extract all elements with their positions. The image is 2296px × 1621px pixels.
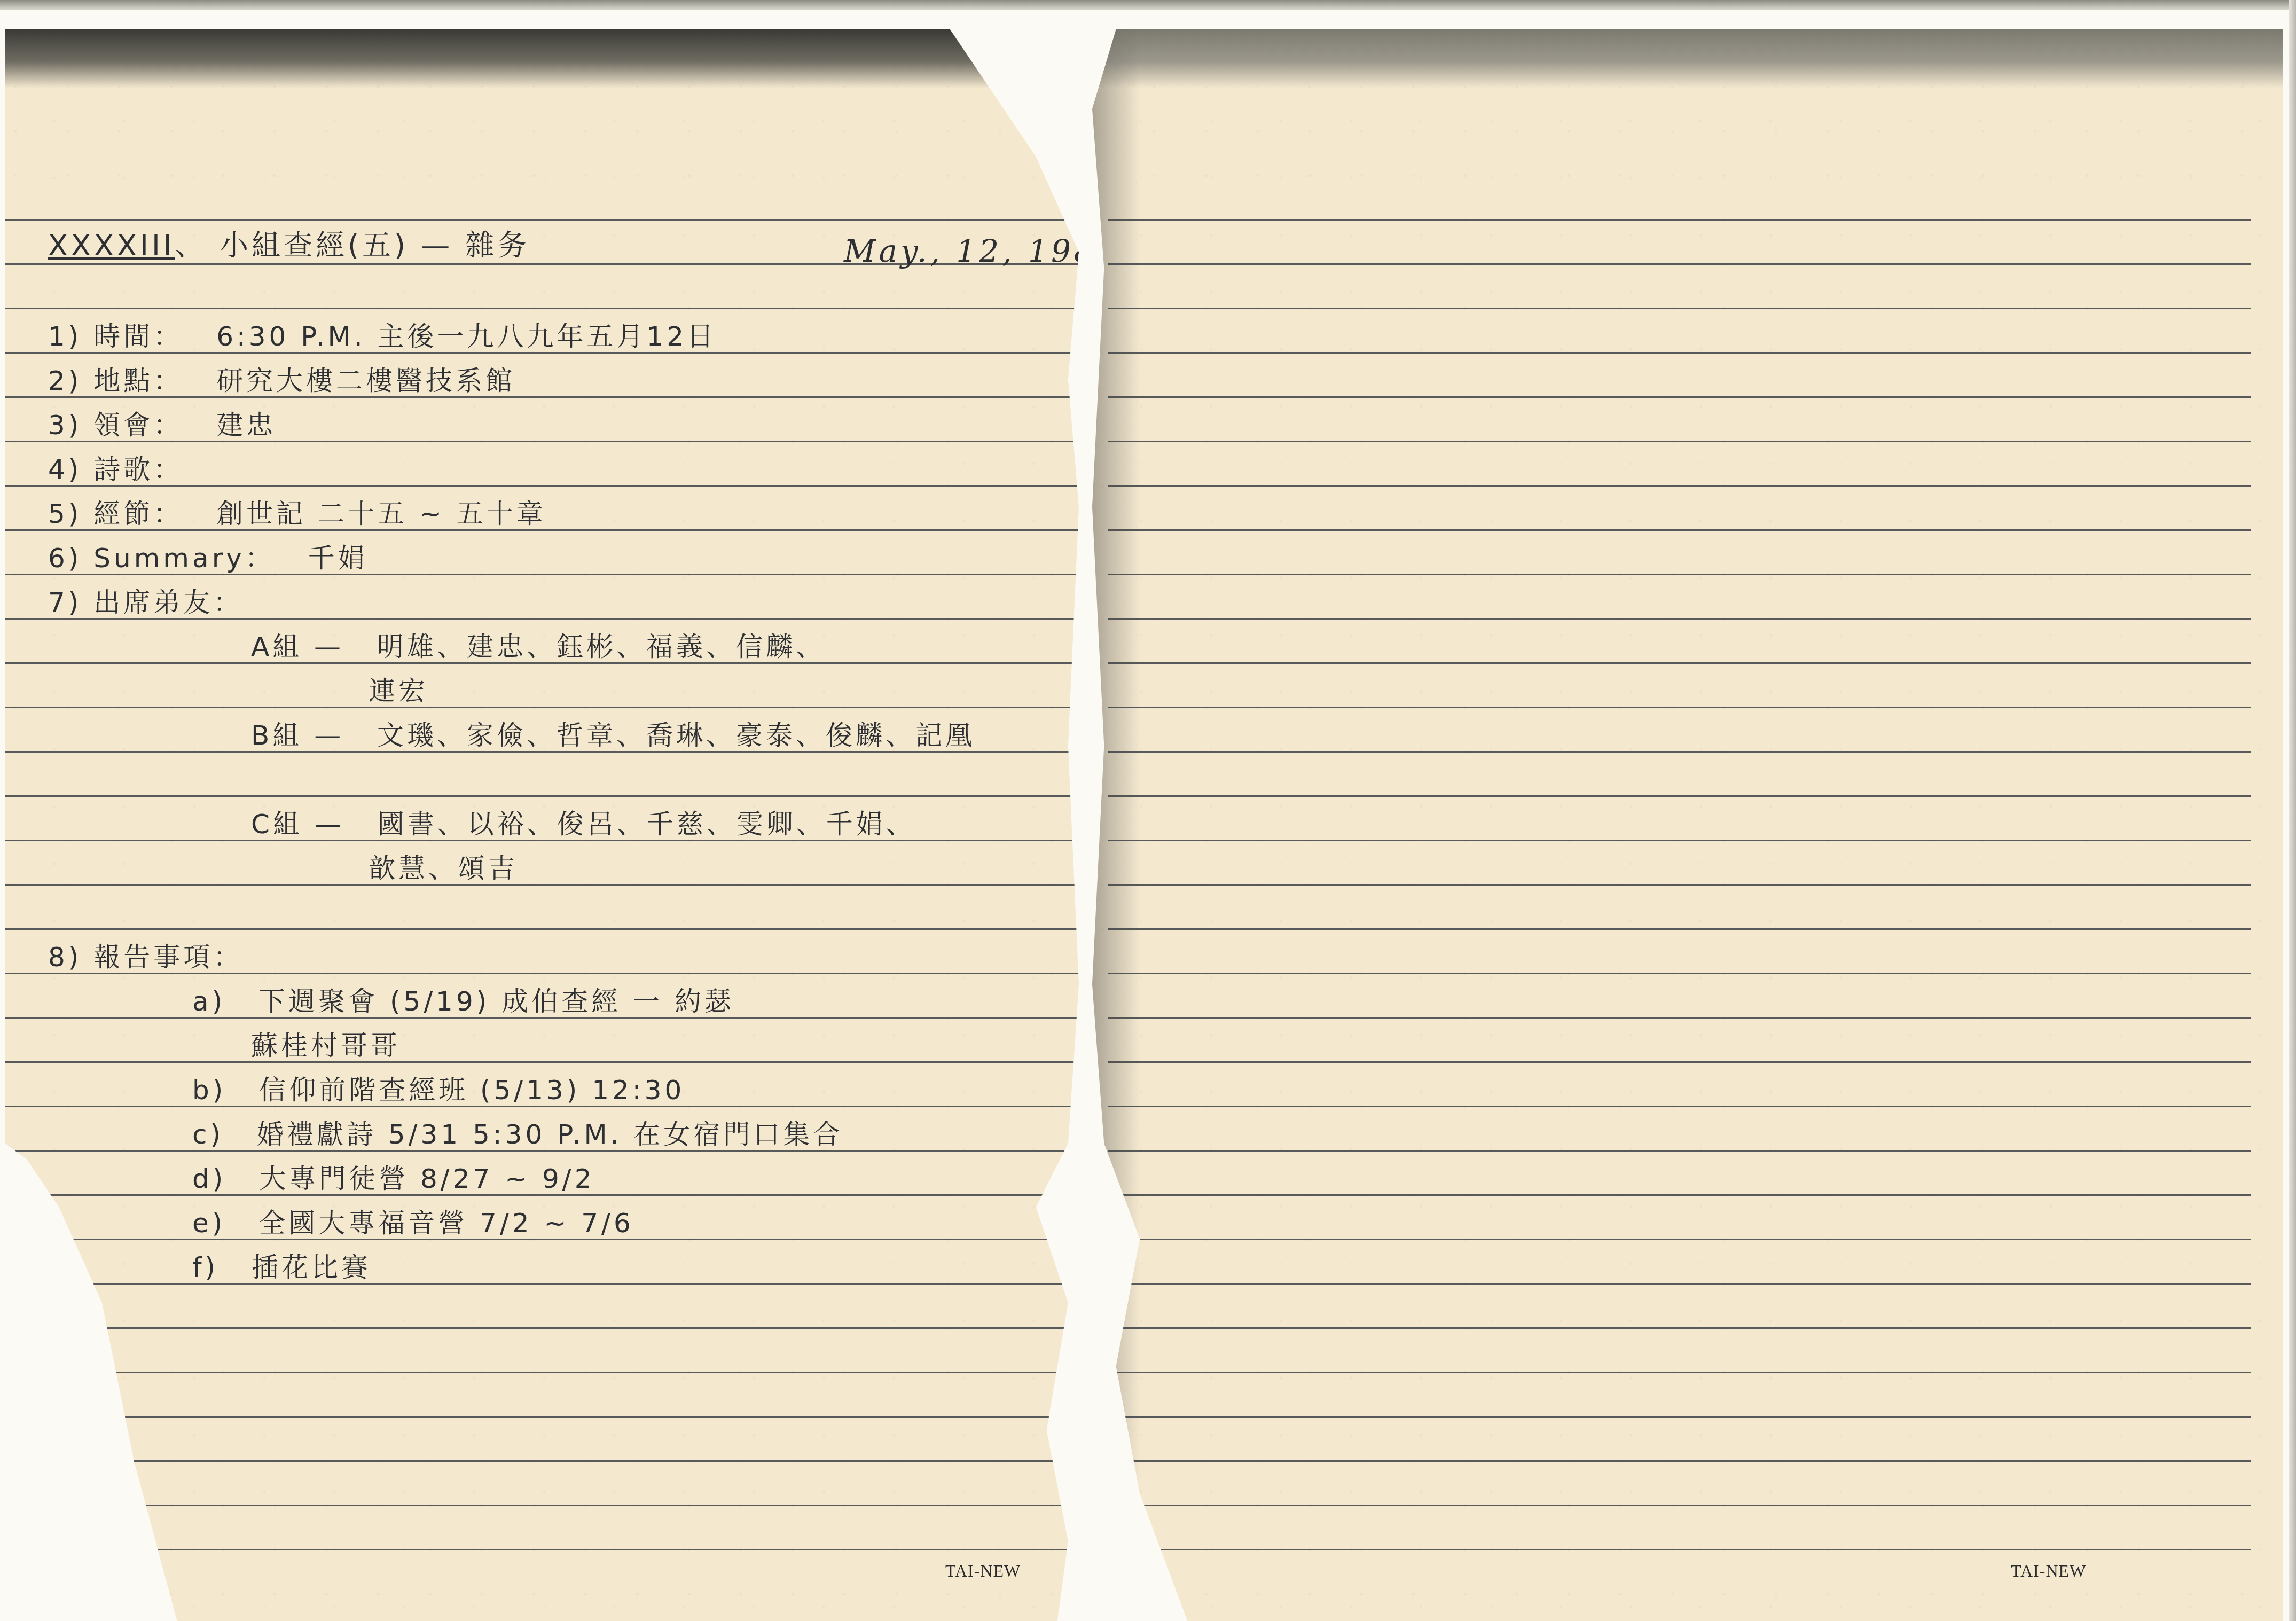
ruled-line <box>5 1416 1079 1418</box>
ruled-line <box>5 884 1079 886</box>
report-e: e) 全國大專福音營 7/2 ~ 7/6 <box>192 1207 634 1239</box>
item-label: 7) 出席弟友： <box>48 586 243 618</box>
ruled-line <box>1108 1239 2251 1240</box>
group-a-continued: 連宏 <box>369 675 428 707</box>
ruled-line <box>5 1549 1079 1550</box>
report-marker: e) <box>192 1207 225 1239</box>
group-c-continued: 歆慧、頌吉 <box>369 852 518 884</box>
ruled-line <box>1108 529 2251 531</box>
ruled-line <box>5 1061 1079 1063</box>
page-top-shadow <box>5 29 1079 88</box>
ruled-line <box>1108 1372 2251 1373</box>
reports-heading: 8) 報告事項： <box>48 941 243 973</box>
group-names: 文璣、家儉、哲章、喬琳、豪泰、俊麟、記凰 <box>377 719 975 751</box>
item-label: 5) 經節： <box>48 498 183 530</box>
ruled-line <box>5 1505 1079 1506</box>
notes-title: XXXXIII、 小組查經(五) — 雜务 <box>48 230 529 262</box>
ruled-line <box>5 707 1079 708</box>
item-label: 2) 地點： <box>48 365 183 397</box>
ruled-line <box>1108 352 2251 354</box>
ruled-line <box>1108 662 2251 664</box>
report-text: 婚禮獻詩 5/31 5:30 P.M. 在女宿門口集合 <box>257 1118 843 1150</box>
ruled-line <box>1108 1327 2251 1329</box>
report-marker: c) <box>192 1118 224 1150</box>
ruled-line <box>1108 308 2251 309</box>
ruled-line <box>1108 1194 2251 1196</box>
ruled-line <box>1108 1061 2251 1063</box>
ruled-line <box>5 308 1079 309</box>
item-scripture: 5) 經節： 創世記 二十五 ~ 五十章 <box>48 498 546 530</box>
ruled-line <box>1108 1283 2251 1285</box>
group-b: B組 — 文璣、家儉、哲章、喬琳、豪泰、俊麟、記凰 <box>251 719 975 751</box>
item-value: 創世記 二十五 ~ 五十章 <box>216 498 546 530</box>
ruled-line <box>1108 751 2251 753</box>
ruled-line <box>1108 795 2251 797</box>
report-text: 全國大專福音營 7/2 ~ 7/6 <box>258 1207 634 1239</box>
report-a: a) 下週聚會 (5/19) 成伯查經 一 約瑟 <box>192 985 734 1017</box>
ruled-line <box>1108 1106 2251 1107</box>
scanner-edge-top <box>0 0 2296 10</box>
ruled-line <box>1108 928 2251 930</box>
item-label: 3) 領會： <box>48 409 183 441</box>
item-label: 4) 詩歌： <box>48 453 183 485</box>
item-label: 1) 時間： <box>48 320 183 353</box>
item-value: 研究大樓二樓醫技系館 <box>216 365 515 397</box>
report-marker: d) <box>192 1163 226 1195</box>
ruled-line <box>1108 441 2251 442</box>
ruled-line <box>1108 840 2251 841</box>
notebook-page-right: TAI-NEW <box>1092 29 2283 1621</box>
title-text: 小組查經(五) — 雜务 <box>220 229 529 262</box>
ruled-line <box>1108 485 2251 487</box>
item-value: 建忠 <box>216 409 276 441</box>
group-label: B組 — <box>251 719 344 751</box>
report-text: 插花比賽 <box>252 1251 371 1283</box>
ruled-line <box>1108 1505 2251 1506</box>
report-text: 大專門徒營 8/27 ~ 9/2 <box>259 1163 594 1195</box>
paper-brand-left: TAI-NEW <box>945 1561 1021 1581</box>
ruled-line <box>1108 1549 2251 1550</box>
group-label: A組 — <box>251 631 344 663</box>
ruled-line <box>1108 707 2251 708</box>
group-label: C組 — <box>251 808 344 840</box>
item-leader: 3) 領會： 建忠 <box>48 409 276 441</box>
item-label: 6) Summary： <box>48 542 275 574</box>
ruled-line <box>1108 1150 2251 1152</box>
scanner-edge-right <box>2289 0 2296 1621</box>
report-a-continued: 蘇桂村哥哥 <box>251 1030 401 1062</box>
ruled-line <box>1108 574 2251 575</box>
ruled-line <box>1108 618 2251 620</box>
ruled-line <box>1108 884 2251 886</box>
group-a: A組 — 明雄、建忠、鈺彬、福義、信麟、 <box>251 631 826 663</box>
meeting-number: XXXXIII <box>48 229 175 262</box>
report-c: c) 婚禮獻詩 5/31 5:30 P.M. 在女宿門口集合 <box>192 1118 843 1150</box>
report-marker: f) <box>192 1251 218 1283</box>
ruled-line <box>5 1372 1079 1373</box>
ruled-line <box>1108 1017 2251 1019</box>
ruled-line <box>5 1460 1079 1462</box>
group-names: 明雄、建忠、鈺彬、福義、信麟、 <box>377 631 826 663</box>
ruled-line <box>1108 973 2251 974</box>
item-value: 千娟 <box>308 542 368 574</box>
report-b: b) 信仰前階查經班 (5/13) 12:30 <box>192 1074 685 1106</box>
item-time: 1) 時間： 6:30 P.M. 主後一九八九年五月12日 <box>48 320 717 353</box>
group-c: C組 — 國書、以裕、俊呂、千慈、雯卿、千娟、 <box>251 808 916 840</box>
ruled-line <box>1108 1460 2251 1462</box>
notebook-page-left: XXXXIII、 小組查經(五) — 雜务 May., 12, 1989 1) … <box>5 29 1079 1621</box>
ruled-line <box>5 1327 1079 1329</box>
group-names: 國書、以裕、俊呂、千慈、雯卿、千娟、 <box>378 808 916 840</box>
item-summary: 6) Summary： 千娟 <box>48 542 368 574</box>
ruled-line <box>1108 219 2251 221</box>
paper-brand-right: TAI-NEW <box>2011 1561 2086 1581</box>
report-text: 下週聚會 (5/19) 成伯查經 一 約瑟 <box>258 985 734 1017</box>
report-f: f) 插花比賽 <box>192 1251 371 1283</box>
report-d: d) 大專門徒營 8/27 ~ 9/2 <box>192 1163 594 1195</box>
item-hymns: 4) 詩歌： <box>48 453 216 485</box>
ruled-line <box>5 1283 1079 1285</box>
ruled-line <box>5 795 1079 797</box>
item-value: 6:30 P.M. 主後一九八九年五月12日 <box>216 320 717 353</box>
ruled-line <box>1108 263 2251 265</box>
report-text: 信仰前階查經班 (5/13) 12:30 <box>259 1074 685 1106</box>
item-attendance: 7) 出席弟友： <box>48 586 264 618</box>
ruled-line <box>5 219 1079 221</box>
report-marker: b) <box>192 1074 226 1106</box>
page-top-shadow <box>1092 29 2283 88</box>
ruled-line <box>5 928 1079 930</box>
item-location: 2) 地點： 研究大樓二樓醫技系館 <box>48 365 515 397</box>
report-marker: a) <box>192 985 225 1017</box>
ruled-line <box>1108 396 2251 398</box>
ruled-line <box>1108 1416 2251 1418</box>
